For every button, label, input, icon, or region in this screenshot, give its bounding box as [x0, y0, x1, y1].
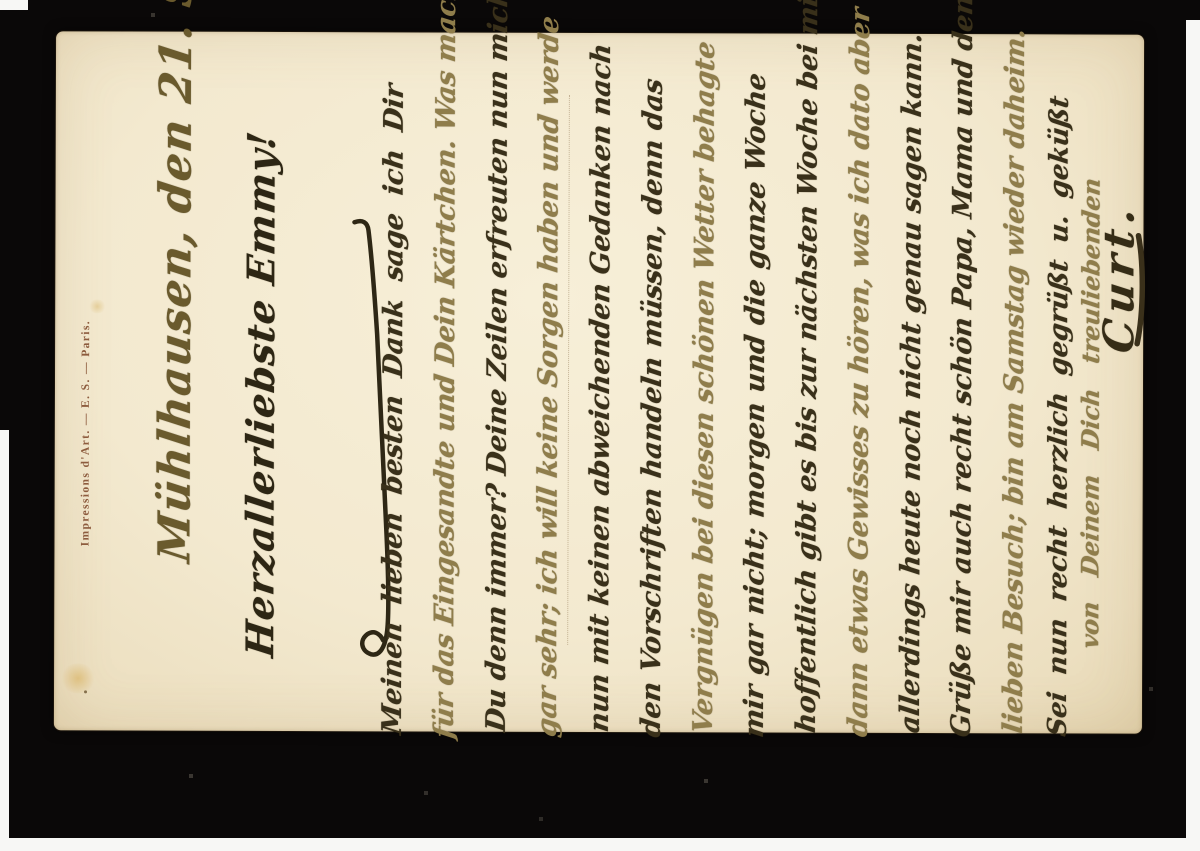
scan-photo: Impressions d'Art. — E. S. — Paris. Mühl… — [0, 0, 1200, 851]
scan-margin-right — [1186, 20, 1200, 851]
handwritten-line: Vergnügen bei diesen schönen Wetter beha… — [688, 71, 721, 735]
scan-margin-bottom — [0, 838, 1200, 851]
dust-specks — [0, 0, 2, 2]
handwritten-line: nun mit keinen abweichenden Gedanken nac… — [584, 68, 617, 734]
scan-margin-notch — [0, 0, 28, 10]
handwritten-line: Grüße mir auch recht schön Papa, Mama un… — [946, 85, 979, 739]
handwritten-line: hoffentlich gibt es bis zur nächsten Woc… — [791, 69, 824, 735]
handwritten-line: Sei nun recht herzlich gegrüßt u. geküßt — [1043, 94, 1075, 738]
handwritten-line: allerdings heute noch nicht genau sagen … — [895, 76, 928, 735]
handwritten-line: den Vorschriften handeln müssen, denn da… — [636, 77, 669, 739]
handwritten-line: Meinen lieben besten Dank sage ich Dir — [377, 82, 410, 736]
handwritten-line: dann etwas Gewisses zu hören, was ich da… — [843, 77, 876, 739]
postcard: Impressions d'Art. — E. S. — Paris. Mühl… — [54, 31, 1144, 733]
handwritten-line: lieben Besuch; bin am Samstag wieder dah… — [998, 83, 1031, 735]
signature: Curt. — [1094, 115, 1144, 356]
handwritten-line: für das Eingesandte und Dein Kärtchen. W… — [429, 64, 462, 740]
scan-margin-left — [0, 430, 9, 838]
handwritten-line: Du denn immer? Deine Zeilen erfreuten nu… — [481, 70, 514, 734]
handwritten-line: mir gar nicht; morgen und die ganze Woch… — [739, 71, 772, 739]
handwritten-line: gar sehr; ich will keine Sorgen haben un… — [532, 80, 565, 739]
